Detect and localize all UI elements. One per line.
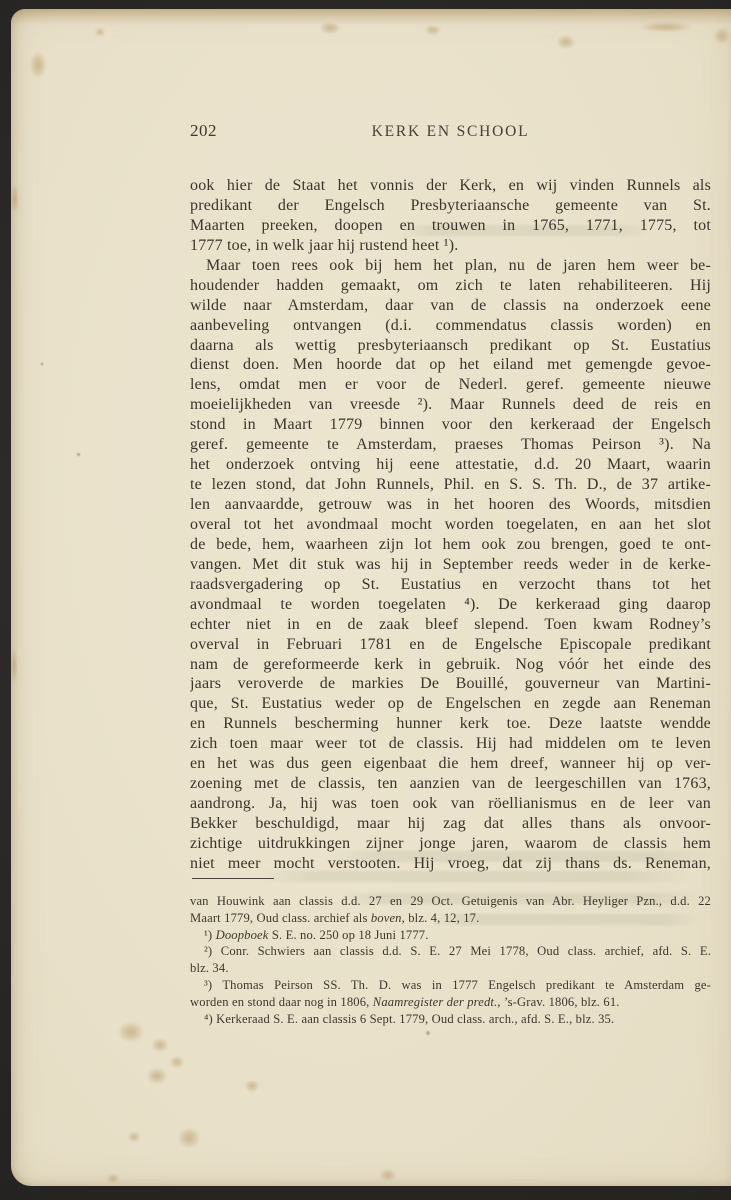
text-line: geref. gemeente te Amsterdam, praeses Th… [190,435,711,455]
foxing-spot [320,22,340,34]
text-line: vangen. Met dit stuk was hij in Septembe… [190,555,711,575]
text-line: te lezen stond, dat John Runnels, Phil. … [190,475,711,495]
text-line: overal tot het avondmaal mocht worden to… [190,515,711,535]
text-line: houdender hadden gemaakt, om zich te lat… [190,276,711,296]
scan-background: 202 KERK EN SCHOOL ook hier de Staat het… [0,0,731,1200]
foxing-spot [11,185,18,213]
foxing-spot [107,1174,119,1183]
text-line: Bekker beschuldigd, maar hij zag dat all… [190,814,711,834]
text-line: overval in Februari 1781 en de Engelsche… [190,635,711,655]
foxing-spot [245,1080,259,1092]
foxing-spot [118,1022,144,1042]
footnotes: van Houwink aan classis d.d. 27 en 29 Oc… [190,893,711,1028]
foxing-spot [640,22,692,32]
foxing-spot [557,35,575,49]
text-line: que, St. Eustatius weder op de Engelsche… [190,694,711,714]
footnote-line: blz. 34. [190,960,711,977]
text-line: wilde naar Amsterdam, daar van de classi… [190,296,711,316]
book-page: 202 KERK EN SCHOOL ook hier de Staat het… [11,9,731,1186]
foxing-spot [11,649,17,683]
text-line: ook hier de Staat het vonnis der Kerk, e… [190,176,711,196]
footnote-line: ⁴) Kerkeraad S. E. aan classis 6 Sept. 1… [190,1011,711,1028]
foxing-spot [95,28,105,36]
text-line: 1777 toe, in welk jaar hij rustend heet … [190,236,711,256]
footnote-line: ¹) Doopboek S. E. no. 250 op 18 Juni 177… [190,927,711,944]
text-line: Maar toen rees ook bij hem het plan, nu … [190,256,711,276]
foxing-spot [714,28,730,44]
footnote-line: ³) Thomas Peirson SS. Th. D. was in 1777… [190,977,711,994]
foxing-spot [178,1128,200,1148]
foxing-spot [30,52,46,78]
foxing-spot [170,1056,184,1068]
text-line: avondmaal te worden toegelaten ⁴). De ke… [190,595,711,615]
body-text: ook hier de Staat het vonnis der Kerk, e… [190,176,711,874]
text-line: raadsvergadering op St. Eustatius en ver… [190,575,711,595]
footnote-line: Maart 1779, Oud class. archief als boven… [190,910,711,927]
text-line: de bede, hem, waarheen zijn lot hem ook … [190,535,711,555]
page-header: 202 KERK EN SCHOOL [190,121,711,142]
text-line: lens, omdat men er voor de Nederl. geref… [190,375,711,395]
text-line: predikant der Engelsch Presbyteriaansche… [190,196,711,216]
text-line: het onderzoek ontving hij eene attestati… [190,455,711,475]
text-column: 202 KERK EN SCHOOL ook hier de Staat het… [190,121,711,1028]
text-line: echter niet in en de zaak bleef slepend.… [190,615,711,635]
paper-speck [40,362,44,366]
text-line: dienst doen. Men hoorde dat op het eilan… [190,355,711,375]
text-line: zoening met de classis, ten aanzien van … [190,774,711,794]
foxing-spot [147,1068,167,1084]
text-line: jaars veroverde de markies De Bouillé, g… [190,674,711,694]
paper-speck [425,1030,431,1036]
text-line: niet meer mocht verstooten. Hij vroeg, d… [190,854,711,874]
text-line: aandrong. Ja, hij was toen ook van röell… [190,794,711,814]
text-line: nam de gereformeerde kerk in gebruik. No… [190,655,711,675]
footnote-line: worden en stond daar nog in 1806, Naamre… [190,994,711,1011]
footnote-line: van Houwink aan classis d.d. 27 en 29 Oc… [190,893,711,910]
foxing-spot [128,1132,140,1142]
text-line: len aanvaardde, getrouw was in het hoore… [190,495,711,515]
text-line: zichtige uitdrukkingen zijner jonge jare… [190,834,711,854]
text-line: daarna als wettig presbyteriaansch predi… [190,336,711,356]
footnote-separator [192,878,274,879]
running-title: KERK EN SCHOOL [190,123,711,141]
text-line: zich toen maar weer tot de classis. Hij … [190,734,711,754]
footnote-line: ²) Conr. Schwiers aan classis d.d. S. E.… [190,943,711,960]
text-line: Maarten preeken, doopen en trouwen in 17… [190,216,711,236]
text-line: moeielijkheden van vreesde ²). Maar Runn… [190,395,711,415]
text-line: stond in Maart 1779 binnen voor den kerk… [190,415,711,435]
foxing-spot [152,1038,168,1052]
paper-speck [76,452,81,457]
page-edge-discoloration [11,9,731,25]
foxing-spot [425,25,441,35]
text-line: en het was dus geen eigenbaat die hem dr… [190,754,711,774]
text-line: aanbeveling ontvangen (d.i. commendatus … [190,316,711,336]
foxing-spot [380,1169,396,1181]
text-line: en Runnels bescherming hunner kerk toe. … [190,714,711,734]
